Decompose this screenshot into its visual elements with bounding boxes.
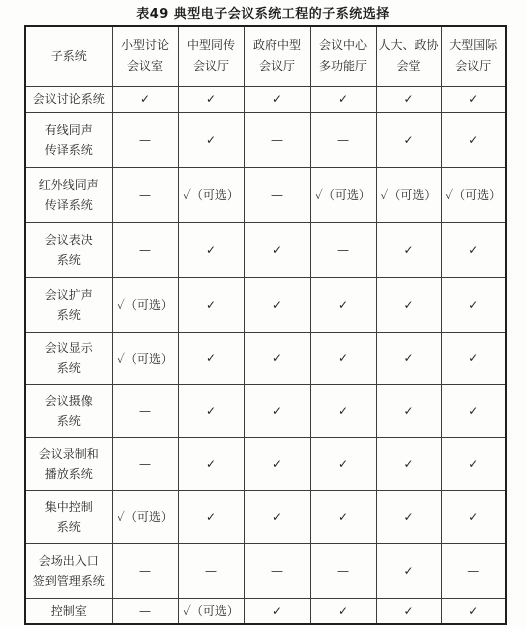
row-header: 会议扩声 系统 — [25, 277, 112, 332]
row-header: 会议录制和 播放系统 — [25, 437, 112, 490]
table-cell: ✓ — [376, 543, 441, 598]
table-cell: ✓ — [244, 277, 310, 332]
table-cell: — — [112, 222, 178, 277]
table-cell: ✓（可选） — [112, 332, 178, 384]
table-cell: ✓ — [310, 332, 376, 384]
table-cell: ✓ — [441, 332, 506, 384]
table-cell: ✓ — [441, 598, 506, 624]
row-header: 会议表决 系统 — [25, 222, 112, 277]
table-cell: — — [178, 543, 244, 598]
column-header-subsystem: 子系统 — [25, 26, 112, 86]
table-cell: — — [112, 437, 178, 490]
table-cell: ✓ — [376, 384, 441, 437]
table-row: 会议扩声 系统 ✓（可选） ✓ ✓ ✓ ✓ ✓ — [25, 277, 506, 332]
column-header-government-medium-hall: 政府中型 会议厅 — [244, 26, 310, 86]
table-cell: ✓（可选） — [178, 598, 244, 624]
document-page: 表49 典型电子会议系统工程的子系统选择 子系统 小型讨论 会议室 中型同传 会… — [0, 0, 526, 629]
table-cell: ✓ — [441, 277, 506, 332]
table-cell: — — [310, 112, 376, 167]
table-cell: ✓ — [441, 86, 506, 112]
subsystem-selection-table: 子系统 小型讨论 会议室 中型同传 会议厅 政府中型 会议厅 会议中心 多功能厅… — [24, 25, 507, 625]
table-cell: ✓ — [244, 86, 310, 112]
column-header-conference-center-multifunction-hall: 会议中心 多功能厅 — [310, 26, 376, 86]
table-cell: ✓ — [376, 332, 441, 384]
row-header: 会场出入口 签到管理系统 — [25, 543, 112, 598]
column-header-medium-interpretation-hall: 中型同传 会议厅 — [178, 26, 244, 86]
table-cell: ✓（可选） — [178, 167, 244, 222]
row-header: 红外线同声 传译系统 — [25, 167, 112, 222]
table-cell: ✓ — [310, 277, 376, 332]
table-row: 会议显示 系统 ✓（可选） ✓ ✓ ✓ ✓ ✓ — [25, 332, 506, 384]
table-cell: ✓ — [178, 384, 244, 437]
table-cell: — — [112, 384, 178, 437]
table-cell: ✓ — [178, 277, 244, 332]
table-cell: ✓ — [310, 598, 376, 624]
table-cell: ✓ — [178, 332, 244, 384]
header-row: 子系统 小型讨论 会议室 中型同传 会议厅 政府中型 会议厅 会议中心 多功能厅… — [25, 26, 506, 86]
table-cell: ✓ — [441, 437, 506, 490]
table-cell: — — [244, 167, 310, 222]
table-cell: ✓ — [310, 86, 376, 112]
table-row: 会议讨论系统 ✓ ✓ ✓ ✓ ✓ ✓ — [25, 86, 506, 112]
table-cell: ✓ — [441, 384, 506, 437]
row-header: 集中控制 系统 — [25, 490, 112, 543]
table-cell: ✓ — [376, 112, 441, 167]
table-cell: ✓ — [441, 112, 506, 167]
table-cell: — — [310, 543, 376, 598]
table-cell: ✓ — [310, 437, 376, 490]
table-cell: ✓ — [310, 490, 376, 543]
table-cell: ✓ — [376, 86, 441, 112]
table-cell: ✓（可选） — [376, 167, 441, 222]
table-row: 控制室 — ✓（可选） ✓ ✓ ✓ ✓ — [25, 598, 506, 624]
table-cell: ✓ — [244, 332, 310, 384]
table-cell: — — [244, 112, 310, 167]
table-cell: ✓ — [441, 490, 506, 543]
column-header-npc-cppcc-hall: 人大、政协 会堂 — [376, 26, 441, 86]
table-cell: — — [310, 222, 376, 277]
table-cell: — — [112, 543, 178, 598]
table-cell: ✓ — [244, 222, 310, 277]
table-cell: ✓ — [310, 384, 376, 437]
column-header-large-international-hall: 大型国际 会议厅 — [441, 26, 506, 86]
table-cell: ✓ — [376, 277, 441, 332]
table-title: 表49 典型电子会议系统工程的子系统选择 — [0, 3, 526, 22]
row-header: 会议显示 系统 — [25, 332, 112, 384]
table-cell: ✓ — [244, 490, 310, 543]
table-cell: ✓ — [244, 437, 310, 490]
table-cell: ✓ — [441, 222, 506, 277]
table-cell: — — [112, 598, 178, 624]
row-header: 控制室 — [25, 598, 112, 624]
table-row: 会议表决 系统 — ✓ ✓ — ✓ ✓ — [25, 222, 506, 277]
table-cell: — — [112, 167, 178, 222]
table-cell: ✓（可选） — [112, 490, 178, 543]
table-row: 会议摄像 系统 — ✓ ✓ ✓ ✓ ✓ — [25, 384, 506, 437]
column-header-small-discussion-room: 小型讨论 会议室 — [112, 26, 178, 86]
table-cell: ✓ — [178, 222, 244, 277]
table-row: 会场出入口 签到管理系统 — — — — ✓ — — [25, 543, 506, 598]
table-cell: ✓（可选） — [112, 277, 178, 332]
table-cell: ✓ — [376, 437, 441, 490]
table-cell: ✓ — [112, 86, 178, 112]
table-cell: ✓ — [244, 598, 310, 624]
table-cell: ✓ — [178, 490, 244, 543]
row-header: 会议摄像 系统 — [25, 384, 112, 437]
table-cell: ✓（可选） — [310, 167, 376, 222]
row-header: 会议讨论系统 — [25, 86, 112, 112]
table-cell: ✓ — [178, 437, 244, 490]
table-cell: ✓ — [178, 86, 244, 112]
table-cell: ✓ — [244, 384, 310, 437]
table-cell: ✓（可选） — [441, 167, 506, 222]
table-row: 会议录制和 播放系统 — ✓ ✓ ✓ ✓ ✓ — [25, 437, 506, 490]
row-header: 有线同声 传译系统 — [25, 112, 112, 167]
table-cell: — — [244, 543, 310, 598]
table-cell: ✓ — [376, 222, 441, 277]
table-cell: — — [441, 543, 506, 598]
table-row: 有线同声 传译系统 — ✓ — — ✓ ✓ — [25, 112, 506, 167]
table-cell: — — [112, 112, 178, 167]
table-cell: ✓ — [178, 112, 244, 167]
table-cell: ✓ — [376, 598, 441, 624]
table-cell: ✓ — [376, 490, 441, 543]
table-row: 红外线同声 传译系统 — ✓（可选） — ✓（可选） ✓（可选） ✓（可选） — [25, 167, 506, 222]
table-row: 集中控制 系统 ✓（可选） ✓ ✓ ✓ ✓ ✓ — [25, 490, 506, 543]
